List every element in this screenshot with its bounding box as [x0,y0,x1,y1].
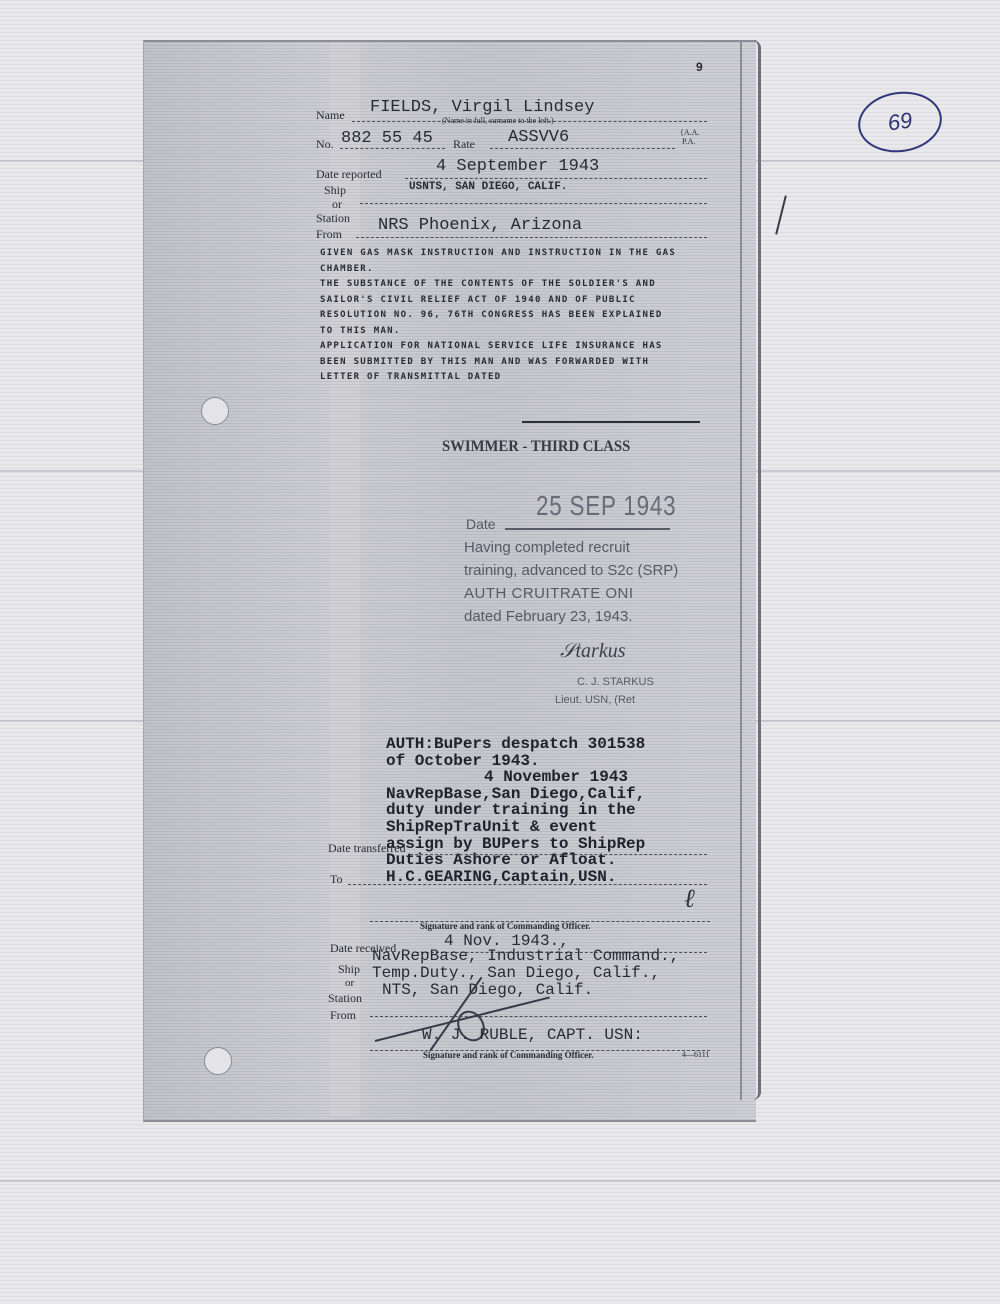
instruction-notes: GIVEN GAS MASK INSTRUCTION AND INSTRUCTI… [320,246,676,386]
received-from-line [370,1016,707,1017]
rate-label: Rate [453,137,475,152]
scan-artifact [0,1180,1000,1182]
note-line: TO THIS MAN. [320,324,676,340]
name-hint: (Name in full, surname to the left.) [442,116,554,125]
service-number-value: 882 55 45 [341,129,433,148]
received-station-label: Station [328,991,362,1006]
rate-class-options: {A.A. P.A. [680,128,699,146]
note-line: THE SUBSTANCE OF THE CONTENTS OF THE SOL… [320,277,676,293]
date-reported-line [405,178,707,179]
received-line: Temp.Duty., San Diego, Calif., [372,965,679,982]
ship-line [360,203,707,204]
rate-option-aa: A.A. [684,128,700,137]
to-label: To [330,872,343,887]
ship-label: Ship [324,183,346,198]
signature-caption-1: Signature and rank of Commanding Officer… [420,921,591,931]
note-line: SAILOR'S CIVIL RELIEF ACT OF 1940 AND OF… [320,293,676,309]
rate-value: ASSVV6 [508,128,569,147]
pen-mark [775,195,787,234]
transfer-line: of October 1943. [386,753,645,770]
from-line [356,237,707,238]
transfer-line: ShipRepTraUnit & event [386,819,645,836]
received-station-text: NavRepBase, Industrial Command., Temp.Du… [372,948,679,999]
name-value: FIELDS, Virgil Lindsey [370,98,594,117]
annotation-number: 69 [856,89,943,156]
starkus-rank: Lieut. USN, (Ret [555,694,635,706]
punch-hole-top [201,397,229,425]
circled-annotation: 69 [854,86,946,157]
swimmer-classification: SWIMMER - THIRD CLASS [442,438,630,456]
note-line: APPLICATION FOR NATIONAL SERVICE LIFE IN… [320,339,676,355]
station-label: Station [316,211,350,226]
ship-value: USNTS, SAN DIEGO, CALIF. [409,181,567,193]
or-label: or [332,197,342,212]
service-number-label: No. [316,137,334,152]
received-or-label: or [345,977,354,989]
starkus-signature: 𝒮tarkus [560,640,625,663]
received-line: NTS, San Diego, Calif. [372,982,679,999]
date-reported-value: 4 September 1943 [436,157,599,176]
name-label: Name [316,108,345,123]
paper-torn-edge [740,40,761,1100]
from-value: NRS Phoenix, Arizona [378,216,582,235]
advancement-line: dated February 23, 1943. [464,605,678,628]
gearing-initial: ℓ [684,884,695,914]
rate-line [490,148,675,149]
date-transferred-label: Date transferred [328,841,406,856]
note-line: RESOLUTION NO. 96, 76TH CONGRESS HAS BEE… [320,308,676,324]
note-line: LETTER OF TRANSMITTAL DATED [320,370,676,386]
transfer-line: NavRepBase,San Diego,Calif, [386,786,645,803]
note-line: BEEN SUBMITTED BY THIS MAN AND WAS FORWA… [320,355,676,371]
page-number: 9 [696,60,703,74]
advancement-line: Having completed recruit [464,536,678,559]
received-ship-label: Ship [338,962,360,977]
transfer-line: assign by BUPers to ShipRep [386,836,645,853]
transfer-orders: AUTH:BuPers despatch 301538 of October 1… [386,736,645,885]
from-label: From [316,227,342,242]
transfer-line: 4 November 1943 [386,769,645,786]
to-line [348,884,707,885]
service-number-line [340,148,445,149]
advancement-line: training, advanced to S2c (SRP) [464,559,678,582]
starkus-name: C. J. STARKUS [577,676,654,688]
advancement-date-label: Date [466,516,496,532]
received-line: NavRepBase, Industrial Command., [372,948,679,965]
date-transferred-line [410,854,707,855]
advancement-line: AUTH CRUITRATE ONI [464,582,678,605]
advancement-date-stamp: 25 SEP 1943 [536,490,676,522]
signature-caption-2: Signature and rank of Commanding Officer… [423,1050,594,1060]
note-line: CHAMBER. [320,262,676,278]
transmittal-date-line [522,421,700,423]
transfer-line: duty under training in the [386,802,645,819]
form-number: 4—6111 [682,1050,709,1059]
punch-hole-bottom [204,1047,232,1075]
note-line: GIVEN GAS MASK INSTRUCTION AND INSTRUCTI… [320,246,676,262]
transfer-line: H.C.GEARING,Captain,USN. [386,869,645,886]
date-reported-label: Date reported [316,167,382,182]
rate-option-pa: P.A. [682,137,695,146]
advancement-text: Having completed recruit training, advan… [464,536,678,628]
received-from-label: From [330,1008,356,1023]
ruble-name: W. J. RUBLE, CAPT. USN: [422,1026,643,1044]
advancement-date-line [505,528,670,530]
transfer-line: AUTH:BuPers despatch 301538 [386,736,645,753]
